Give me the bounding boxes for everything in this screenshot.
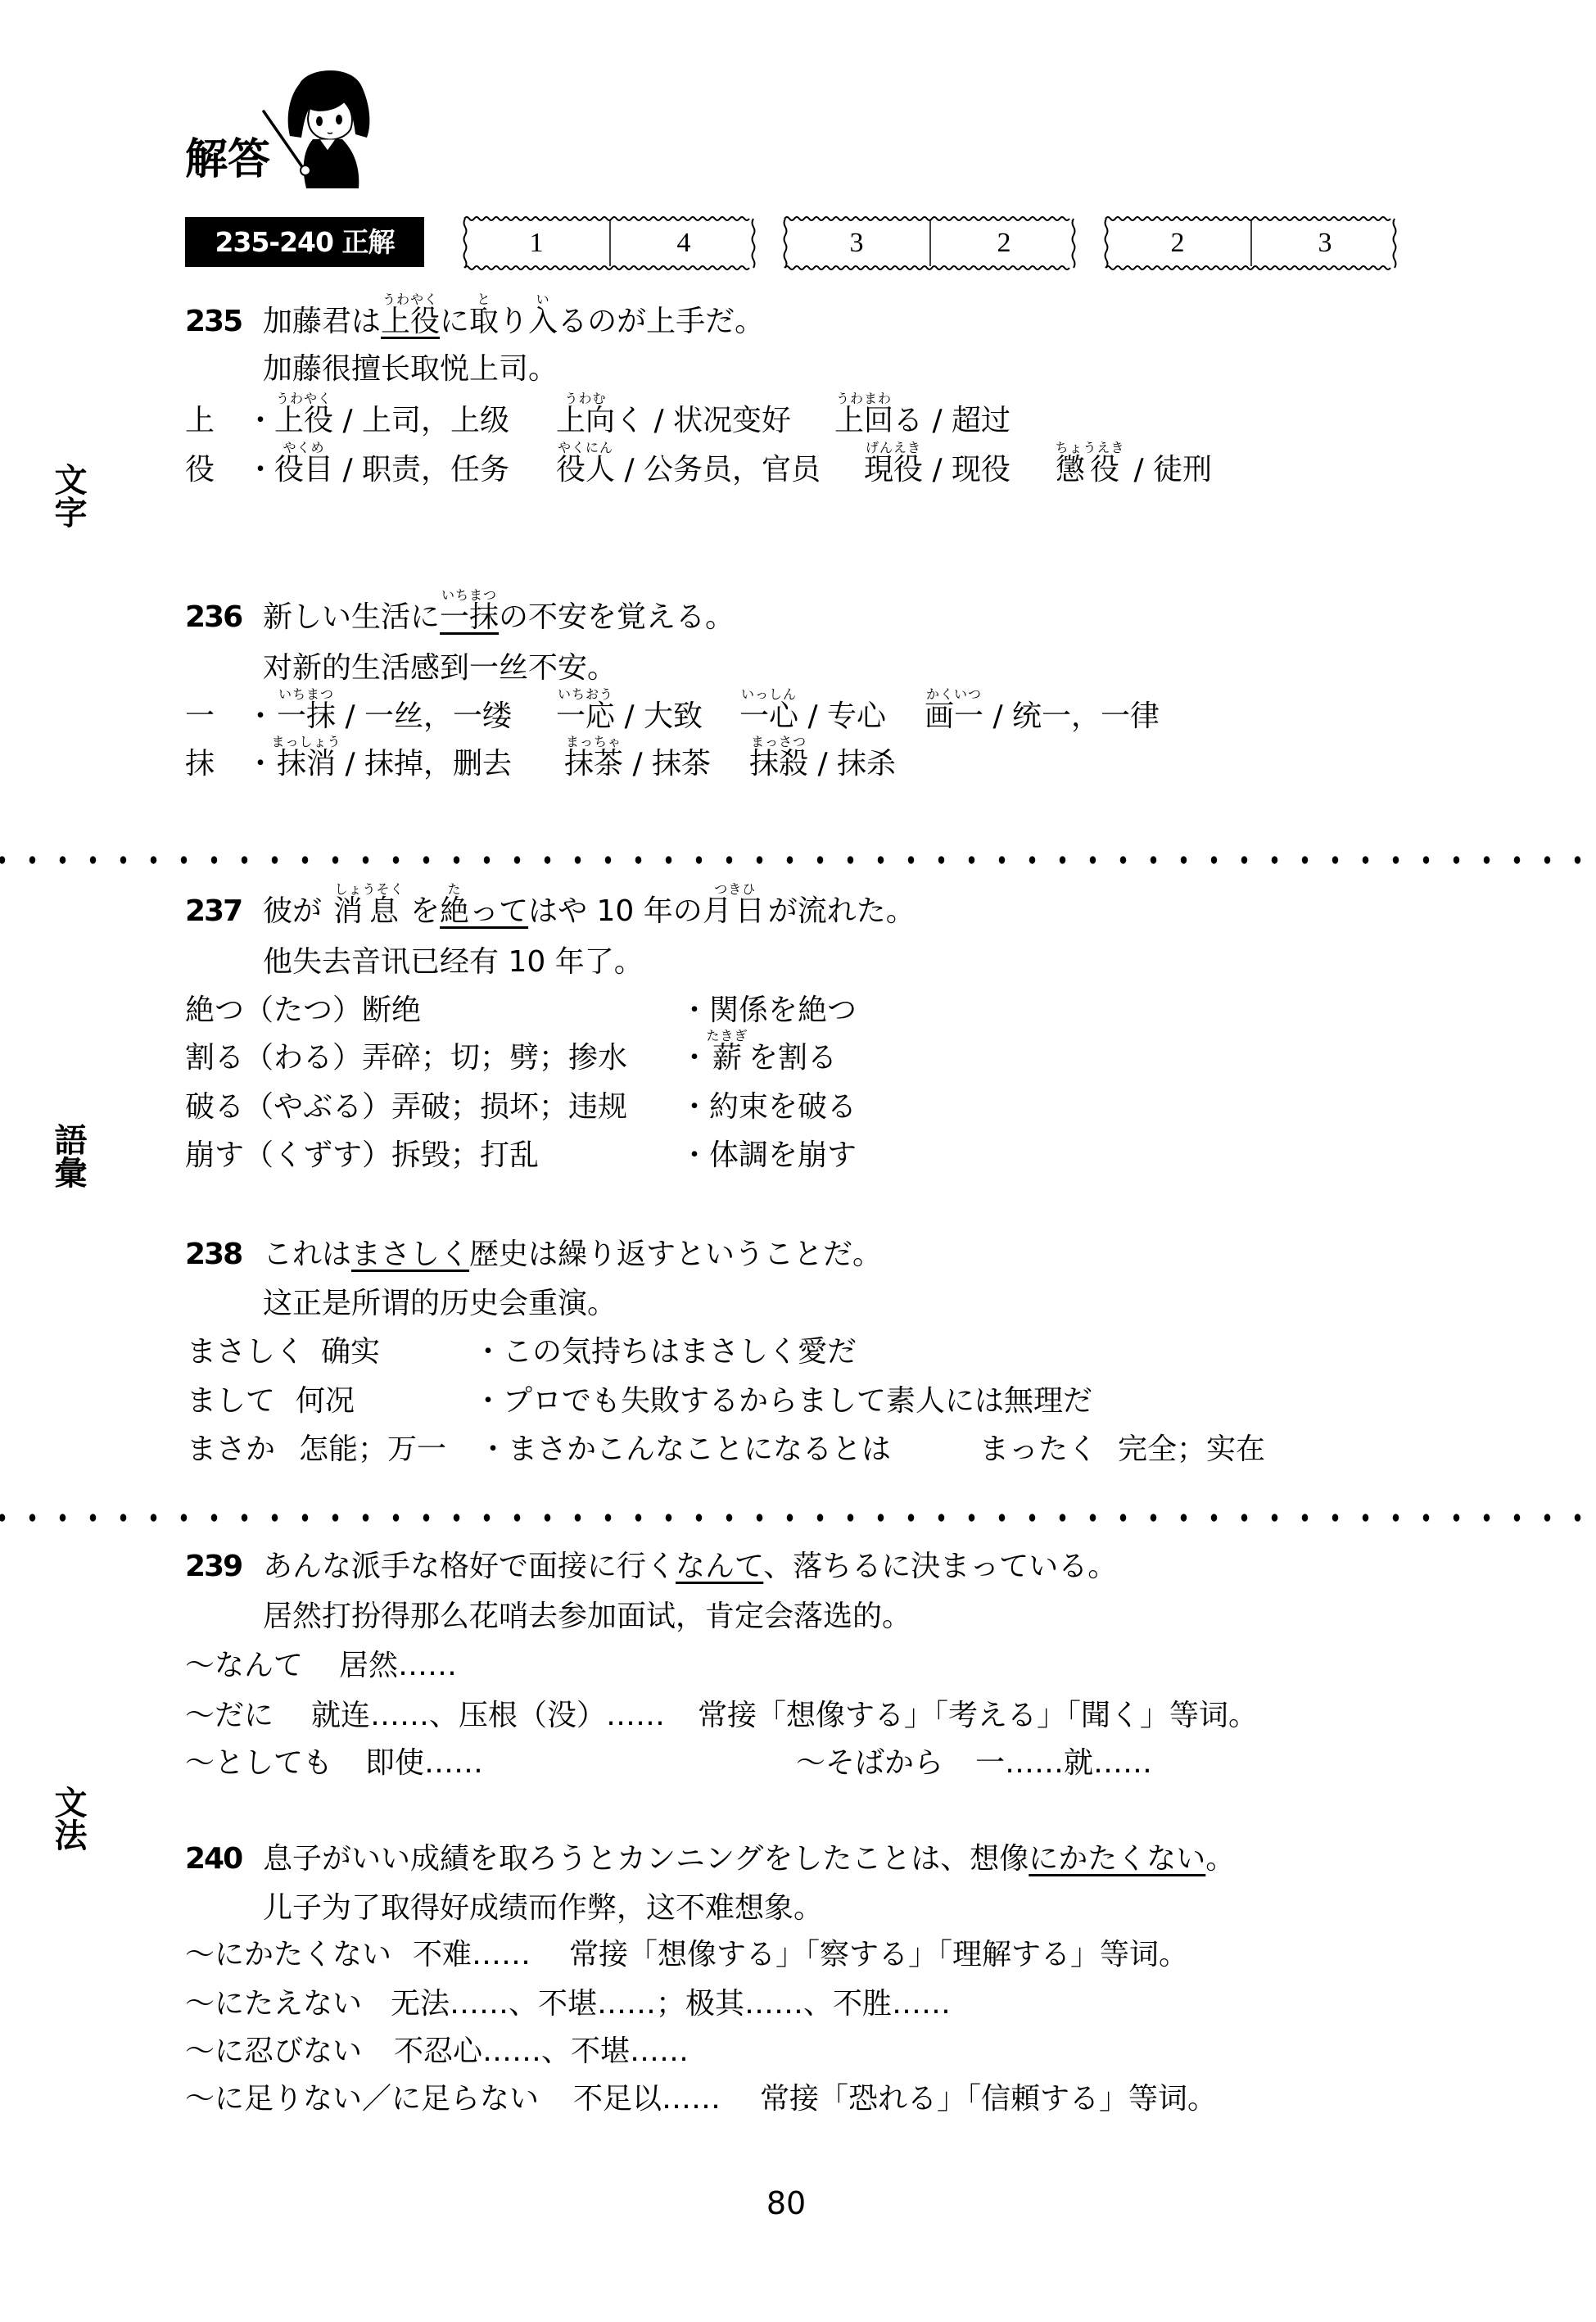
ruby-base: 入 — [528, 305, 558, 338]
kanji-entry: 上向うわむく / 状况变好 — [556, 403, 791, 439]
ruby-word: 上回うわまわ — [834, 403, 893, 439]
separator: / — [333, 453, 362, 487]
bullet: ・ — [478, 1433, 508, 1466]
separator: / — [798, 699, 827, 733]
furigana: うわまわ — [836, 392, 892, 405]
extra-term: ～そばから — [796, 1745, 943, 1781]
grammar-term: ～なんて — [185, 1648, 303, 1684]
grammar-row: ～としても 即使…… ～そばから 一……就…… — [0, 1745, 1596, 1781]
furigana: いちまつ — [441, 589, 497, 602]
kanji-entry: 抹殺まっさつ / 抹杀 — [749, 746, 896, 782]
question-number: 237 — [185, 894, 242, 930]
question-240-sentence-row: 240 息子がいい成績を取ろうとカンニングをしたことは、想像にかたくない。 — [0, 1841, 1596, 1877]
sentence-text: り — [499, 305, 528, 338]
translation: 他失去音讯已经有 10 年了。 — [263, 944, 644, 980]
vocab-example: ・薪たきぎを割る — [680, 1040, 837, 1076]
ruby-word: 抹殺まっさつ — [749, 746, 808, 782]
grammar-row: ～なんて 居然…… — [0, 1648, 1596, 1684]
question-236-translation-row: 对新的生活感到一丝不安。 — [0, 650, 1596, 686]
entry-word: 役人 — [556, 453, 615, 487]
question-number: 238 — [185, 1237, 242, 1273]
example-text: 約束を破る — [709, 1090, 857, 1124]
answer-group-2: 3 2 — [783, 215, 1078, 271]
question-240-translation-row: 儿子为了取得好成绩而作弊，这不难想象。 — [0, 1890, 1596, 1926]
extra-meaning: 一……就…… — [975, 1745, 1152, 1781]
vocab-row: まさか 怎能；万一 ・まさかこんなことになるとは まったく 完全；实在 — [0, 1432, 1596, 1468]
furigana: い — [536, 293, 550, 306]
kanji-entry: 役人やくにん / 公务员，官员 — [556, 452, 821, 488]
vocab-term: まさしく — [187, 1334, 305, 1370]
grammar-meaning: 不足以…… — [573, 2081, 721, 2117]
furigana: やくめ — [283, 441, 324, 455]
entry-word: 現役 — [864, 453, 923, 487]
bullet: ・ — [680, 1138, 709, 1172]
entry-word: 抹消 — [277, 747, 336, 781]
question-235-sentence-row: 235 加藤君は上役うわやくに取とり入いるのが上手だ。 — [0, 304, 1596, 340]
answer-237: 3 — [783, 215, 930, 271]
grammar-term: ～に忍びない — [185, 2034, 362, 2070]
entry-word: 一心 — [739, 699, 798, 733]
ruby-word: 入い — [528, 304, 558, 340]
translation: 儿子为了取得好成绩而作弊，这不难想象。 — [263, 1890, 823, 1926]
entry-word: 一抹 — [277, 699, 336, 733]
furigana: しょうそく — [335, 883, 405, 896]
grammar-term: ～に足りない／に足らない — [185, 2081, 539, 2117]
furigana: いっしん — [741, 688, 797, 701]
question-237-translation-row: 他失去音讯已经有 10 年了。 — [0, 944, 1596, 980]
extra-meaning: 完全；实在 — [1118, 1432, 1265, 1468]
answer-238: 2 — [930, 215, 1078, 271]
underlined-target: 一抹 — [440, 600, 499, 634]
furigana: た — [448, 883, 462, 896]
bullet: ・ — [680, 1041, 709, 1075]
ruby-word: 懲役ちょうえき — [1056, 452, 1124, 488]
underlined-target: って — [469, 894, 528, 928]
question-number: 236 — [185, 600, 242, 636]
ruby-word: 一抹いちまつ — [440, 600, 499, 636]
grammar-meaning: 即使…… — [365, 1745, 483, 1781]
kanji-entry: 一応いちおう / 大致 — [556, 699, 703, 735]
separator: / — [333, 404, 362, 437]
entry-word: 画一 — [925, 699, 983, 733]
underlined-target: なんて — [676, 1550, 763, 1583]
ruby-word: 役人やくにん — [556, 452, 615, 488]
translation: 居然打扮得那么花哨去参加面试，肯定会落选的。 — [263, 1599, 911, 1635]
furigana: まっさつ — [751, 736, 807, 749]
vocab-example: ・プロでも失敗するからまして素人には無理だ — [473, 1383, 1092, 1419]
ruby-base: 月日 — [703, 894, 768, 928]
grammar-term: ～としても — [185, 1745, 332, 1781]
sentence-text: 新しい生活に — [263, 600, 440, 634]
entry-meaning: 上司，上级 — [362, 404, 509, 437]
kanji-entry: 抹茶まっちゃ / 抹茶 — [564, 746, 711, 782]
grammar-note: 常接「恐れる」「信頼する」等词。 — [760, 2081, 1217, 2117]
kanji-row-2: 役 ・ 役目やくめ / 职责，任务 役人やくにん / 公务员，官员 現役げんえき… — [0, 452, 1596, 488]
question-sentence: あんな派手な格好で面接に行くなんて、落ちるに決まっている。 — [263, 1549, 1117, 1585]
furigana: と — [477, 293, 491, 306]
dotted-section-divider — [0, 1513, 1596, 1523]
answer-239: 2 — [1104, 215, 1251, 271]
grammar-meaning: 就连……、压根（没）…… — [311, 1698, 665, 1734]
entry-meaning: 超过 — [952, 404, 1010, 437]
sentence-text: を — [410, 894, 440, 928]
ruby-base: 取 — [469, 305, 499, 338]
sentence-text: 、落ちるに決まっている。 — [763, 1550, 1117, 1583]
entry-meaning: 现役 — [952, 453, 1010, 487]
separator: / — [623, 747, 652, 781]
furigana: まっちゃ — [566, 736, 622, 749]
vocab-meaning: 何况 — [296, 1383, 355, 1419]
kanji-row-4: 抹 ・ 抹消まっしょう / 抹掉，删去 抹茶まっちゃ / 抹茶 抹殺まっさつ /… — [0, 746, 1596, 782]
separator: / — [644, 404, 673, 437]
entry-meaning: 职责，任务 — [362, 453, 509, 487]
grammar-meaning: 居然…… — [339, 1648, 457, 1684]
ruby-word: 抹消まっしょう — [277, 746, 336, 782]
extra-term: まったく — [979, 1432, 1097, 1468]
question-sentence: これはまさしく歴史は繰り返すということだ。 — [263, 1237, 882, 1273]
ruby-word: 上役うわやく — [274, 403, 333, 439]
vocab-term: 破る（やぶる）弄破；损坏；违规 — [185, 1089, 627, 1125]
kanji-entry: 上役うわやく / 上司，上级 — [274, 403, 509, 439]
furigana: いちまつ — [278, 688, 334, 701]
question-235-translation-row: 加藤很擅长取悦上司。 — [0, 351, 1596, 387]
sentence-text: 歴史は繰り返すということだ。 — [469, 1238, 882, 1271]
sentence-text: 彼が — [263, 894, 322, 928]
sentence-text: るのが上手だ。 — [558, 305, 764, 338]
bullet: ・ — [680, 1090, 709, 1124]
sentence-text: に — [440, 305, 469, 338]
separator: / — [615, 453, 644, 487]
ruby-word: 上役うわやく — [381, 304, 440, 340]
separator: / — [336, 747, 364, 781]
grammar-term: ～だに — [185, 1698, 274, 1734]
entry-word: 上向 — [556, 404, 615, 437]
teacher-girl-illustration — [260, 66, 375, 190]
kanji-head: 上 — [185, 403, 215, 439]
ruby-word: 役目やくめ — [274, 452, 333, 488]
bullet: ・ — [473, 1335, 503, 1369]
question-238-sentence-row: 238 これはまさしく歴史は繰り返すということだ。 — [0, 1237, 1596, 1273]
answer-group-3: 2 3 — [1104, 215, 1399, 271]
grammar-meaning: 不难…… — [413, 1937, 531, 1973]
underlined-target: 上役 — [381, 305, 440, 338]
bullet: ・ — [680, 994, 709, 1027]
kanji-row-1: 上 ・ 上役うわやく / 上司，上级 上向うわむく / 状况变好 上回うわまわる… — [0, 403, 1596, 439]
translation: 这正是所谓的历史会重演。 — [263, 1286, 617, 1322]
furigana: まっしょう — [271, 736, 341, 749]
sentence-text: 息子がいい成績を取ろうとカンニングをしたことは、想像 — [263, 1842, 1029, 1876]
question-238-translation-row: 这正是所谓的历史会重演。 — [0, 1286, 1596, 1322]
question-sentence: 彼が消息しょうそくを絶たってはや 10 年の月日つきひが流れた。 — [263, 894, 916, 930]
entry-word: 一応 — [556, 699, 615, 733]
question-number: 235 — [185, 304, 242, 340]
example-text: まさかこんなことになるとは — [508, 1433, 891, 1466]
furigana: うわやく — [276, 392, 332, 405]
entry-meaning: 公务员，官员 — [644, 453, 821, 487]
entry-word: 役目 — [274, 453, 333, 487]
vocab-term: 割る（わる）弄碎；切；劈；掺水 — [185, 1040, 627, 1076]
ruby-word: 現役げんえき — [864, 452, 923, 488]
vocab-meaning: 怎能；万一 — [299, 1432, 446, 1468]
question-sentence: 息子がいい成績を取ろうとカンニングをしたことは、想像にかたくない。 — [263, 1841, 1235, 1877]
vocab-example: ・約束を破る — [680, 1089, 857, 1125]
ruby-word: 月日つきひ — [703, 894, 768, 930]
example-text: 体調を崩す — [709, 1138, 857, 1172]
separator: / — [1124, 453, 1153, 487]
kanji-entry: 一抹いちまつ / 一丝，一缕 — [277, 699, 512, 735]
entry-meaning: 徒刑 — [1153, 453, 1212, 487]
kanji-entry: 上回うわまわる / 超过 — [834, 403, 1010, 439]
vocab-row: まさしく 确实 ・この気持ちはまさしく愛だ — [0, 1334, 1596, 1370]
sentence-text: 。 — [1205, 1842, 1235, 1876]
answer-236: 4 — [610, 215, 757, 271]
furigana: いちおう — [558, 688, 613, 701]
grammar-row: ～に足りない／に足らない 不足以…… 常接「恐れる」「信頼する」等词。 — [0, 2081, 1596, 2117]
entry-word: 抹茶 — [564, 747, 623, 781]
question-sentence: 新しい生活に一抹いちまつの不安を覚える。 — [263, 600, 735, 636]
dotted-section-divider — [0, 855, 1596, 865]
grammar-term: ～にかたくない — [185, 1937, 391, 1973]
grammar-row: ～にかたくない 不难…… 常接「想像する」「察する」「理解する」等词。 — [0, 1937, 1596, 1973]
vocab-term: まさか — [187, 1432, 275, 1468]
furigana: げんえき — [866, 441, 921, 455]
vocab-row: 絶つ（たつ）断绝 ・関係を絶つ — [0, 993, 1596, 1029]
entry-meaning: 抹杀 — [837, 747, 896, 781]
page-title: 解答 — [185, 136, 270, 183]
ruby-word: 薪たきぎ — [712, 1040, 742, 1076]
furigana: たきぎ — [707, 1030, 748, 1043]
question-237-sentence-row: 237 彼が消息しょうそくを絶たってはや 10 年の月日つきひが流れた。 — [0, 894, 1596, 930]
furigana: やくにん — [558, 441, 613, 455]
vocab-row: 破る（やぶる）弄破；损坏；违规 ・約束を破る — [0, 1089, 1596, 1125]
example-text: この気持ちはまさしく愛だ — [503, 1335, 857, 1369]
example-text: プロでも失敗するからまして素人には無理だ — [503, 1384, 1092, 1418]
answer-range-label: 235-240 正解 — [185, 217, 424, 267]
separator: / — [615, 699, 644, 733]
grammar-note: 常接「想像する」「察する」「理解する」等词。 — [569, 1937, 1188, 1973]
translation: 对新的生活感到一丝不安。 — [263, 650, 617, 686]
ruby-word: 画一かくいつ — [925, 699, 983, 735]
ruby-word: 取と — [469, 304, 499, 340]
furigana: ちょうえき — [1055, 441, 1124, 455]
sentence-text: の不安を覚える。 — [499, 600, 735, 634]
vocab-example: ・まさかこんなことになるとは — [478, 1432, 891, 1468]
ruby-word: 絶た — [440, 894, 469, 930]
furigana: うわむ — [564, 392, 606, 405]
entry-meaning: 状况变好 — [673, 404, 791, 437]
question-number: 239 — [185, 1549, 242, 1585]
furigana: うわやく — [382, 293, 438, 306]
kanji-head: 抹 — [185, 746, 215, 782]
ruby-word: 一応いちおう — [556, 699, 615, 735]
separator: / — [808, 747, 837, 781]
kanji-entry: 役目やくめ / 职责，任务 — [274, 452, 509, 488]
bullet: ・ — [246, 403, 275, 439]
separator: / — [923, 404, 952, 437]
vocab-example: ・関係を絶つ — [680, 993, 857, 1029]
vocab-term: まして — [187, 1383, 275, 1419]
entry-meaning: 大致 — [644, 699, 703, 733]
kanji-head: 一 — [185, 699, 215, 735]
entry-word: 上回 — [834, 404, 893, 437]
sentence-text: が流れた。 — [768, 894, 916, 928]
bullet: ・ — [246, 746, 275, 782]
entry-meaning: 统一，一律 — [1012, 699, 1160, 733]
sentence-text: あんな派手な格好で面接に行く — [263, 1550, 676, 1583]
bullet: ・ — [246, 699, 275, 735]
example-text: 関係を絶つ — [709, 994, 857, 1027]
sentence-text: はや 10 年の — [528, 894, 703, 928]
separator: / — [983, 699, 1012, 733]
vocab-term: 絶つ（たつ）断绝 — [185, 993, 421, 1029]
grammar-row: ～にたえない 无法……、不堪……；极其……、不胜…… — [0, 1986, 1596, 2022]
vocab-row: 割る（わる）弄碎；切；劈；掺水 ・薪たきぎを割る — [0, 1040, 1596, 1076]
question-236-sentence-row: 236 新しい生活に一抹いちまつの不安を覚える。 — [0, 600, 1596, 636]
question-number: 240 — [185, 1841, 242, 1877]
ruby-word: 上向うわむ — [556, 403, 615, 439]
vocab-meaning: 确实 — [321, 1334, 380, 1370]
kanji-entry: 画一かくいつ / 统一，一律 — [925, 699, 1160, 735]
answer-240: 3 — [1251, 215, 1399, 271]
okurigana: く — [615, 404, 644, 437]
entry-word: 上役 — [274, 404, 333, 437]
kanji-entry: 現役げんえき / 现役 — [864, 452, 1010, 488]
sentence-text: 加藤君は — [263, 305, 381, 338]
page-number: 80 — [766, 2185, 807, 2221]
kanji-head: 役 — [185, 452, 215, 488]
grammar-meaning: 不忍心……、不堪…… — [394, 2034, 689, 2070]
translation: 加藤很擅长取悦上司。 — [263, 351, 558, 387]
grammar-meaning: 无法……、不堪……；极其……、不胜…… — [391, 1986, 951, 2022]
ruby-base: 薪 — [712, 1041, 742, 1075]
grammar-note: 常接「想像する」「考える」「聞く」等词。 — [698, 1698, 1258, 1734]
kanji-entry: 懲役ちょうえき / 徒刑 — [1056, 452, 1212, 488]
separator: / — [336, 699, 364, 733]
entry-meaning: 抹茶 — [652, 747, 711, 781]
okurigana: る — [893, 404, 923, 437]
bullet: ・ — [473, 1384, 503, 1418]
kanji-entry: 抹消まっしょう / 抹掉，删去 — [277, 746, 512, 782]
grammar-term: ～にたえない — [185, 1986, 362, 2022]
grammar-row: ～に忍びない 不忍心……、不堪…… — [0, 2034, 1596, 2070]
kanji-entry: 一心いっしん / 专心 — [739, 699, 886, 735]
sentence-text: これは — [263, 1238, 351, 1271]
answer-235: 1 — [463, 215, 610, 271]
furigana: かくいつ — [926, 688, 982, 701]
entry-meaning: 专心 — [827, 699, 886, 733]
ruby-base: 消息 — [333, 894, 405, 928]
entry-word: 懲役 — [1056, 453, 1124, 487]
separator: / — [923, 453, 952, 487]
underlined-target: にかたくない — [1029, 1842, 1205, 1876]
entry-meaning: 抹掉，删去 — [364, 747, 512, 781]
vocab-example: ・体調を崩す — [680, 1138, 857, 1174]
answer-group-1: 1 4 — [463, 215, 758, 271]
underlined-target: まさしく — [351, 1238, 469, 1271]
vocab-row: まして 何况 ・プロでも失敗するからまして素人には無理だ — [0, 1383, 1596, 1419]
vocab-row: 崩す（くずす）拆毁；打乱 ・体調を崩す — [0, 1138, 1596, 1174]
vocab-example: ・この気持ちはまさしく愛だ — [473, 1334, 857, 1370]
ruby-word: 一抹いちまつ — [277, 699, 336, 735]
grammar-row: ～だに 就连……、压根（没）…… 常接「想像する」「考える」「聞く」等词。 — [0, 1698, 1596, 1734]
question-239-sentence-row: 239 あんな派手な格好で面接に行くなんて、落ちるに決まっている。 — [0, 1549, 1596, 1585]
furigana: つきひ — [714, 883, 756, 896]
kanji-row-3: 一 ・ 一抹いちまつ / 一丝，一缕 一応いちおう / 大致 一心いっしん / … — [0, 699, 1596, 735]
example-text: を割る — [748, 1041, 837, 1075]
question-sentence: 加藤君は上役うわやくに取とり入いるのが上手だ。 — [263, 304, 764, 340]
vocab-term: 崩す（くずす）拆毁；打乱 — [185, 1138, 539, 1174]
ruby-word: 消息しょうそく — [333, 894, 405, 930]
bullet: ・ — [246, 452, 275, 488]
entry-meaning: 一丝，一缕 — [364, 699, 512, 733]
underlined-target: 絶 — [440, 894, 469, 928]
ruby-word: 抹茶まっちゃ — [564, 746, 623, 782]
entry-word: 抹殺 — [749, 747, 808, 781]
ruby-word: 一心いっしん — [739, 699, 798, 735]
question-239-translation-row: 居然打扮得那么花哨去参加面试，肯定会落选的。 — [0, 1599, 1596, 1635]
